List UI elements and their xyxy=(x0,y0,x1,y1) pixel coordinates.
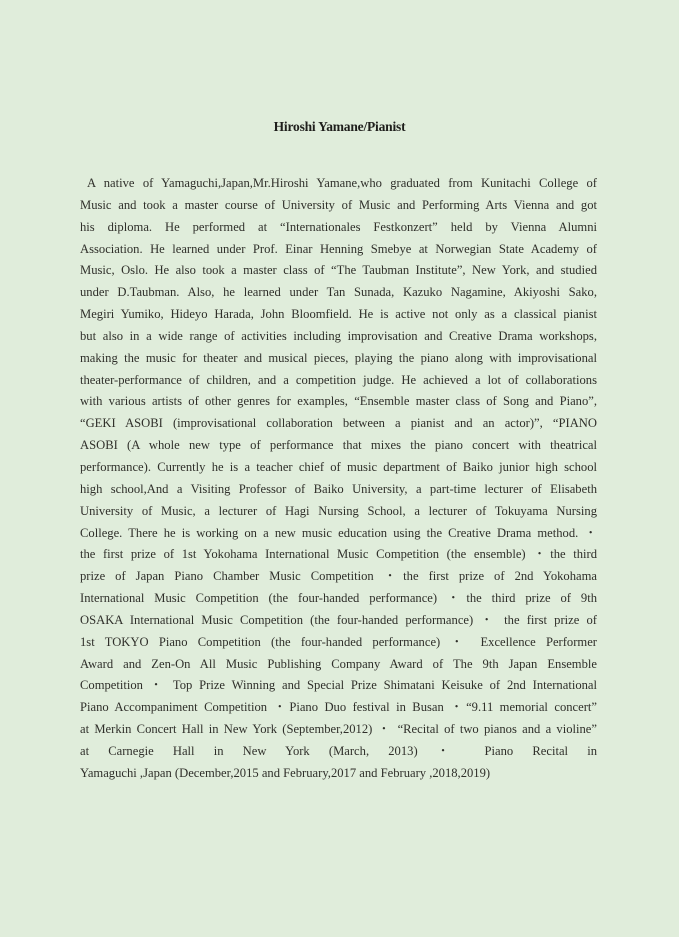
text-line: at Merkin Concert Hall in New York (Sept… xyxy=(80,719,597,741)
text-line: 1st TOKYO Piano Competition (the four-ha… xyxy=(80,632,597,654)
text-line: at Carnegie Hall in New York (March, 201… xyxy=(80,741,597,763)
text-line: ASOBI (A whole new type of performance t… xyxy=(80,435,597,457)
text-line: theater-performance of children, and a c… xyxy=(80,370,597,392)
text-line: Music, Oslo. He also took a master class… xyxy=(80,260,597,282)
text-line: with various artists of other genres for… xyxy=(80,391,597,413)
biography-paragraph: A native of Yamaguchi,Japan,Mr.Hiroshi Y… xyxy=(80,173,597,785)
text-line: International Music Competition (the fou… xyxy=(80,588,597,610)
text-line: OSAKA International Music Competition (t… xyxy=(80,610,597,632)
text-line: Yamaguchi ,Japan (December,2015 and Febr… xyxy=(80,763,597,785)
text-line: the first prize of 1st Yokohama Internat… xyxy=(80,544,597,566)
text-line: making the music for theater and musical… xyxy=(80,348,597,370)
text-line: Association. He learned under Prof. Eina… xyxy=(80,239,597,261)
text-line: Music and took a master course of Univer… xyxy=(80,195,597,217)
text-line: high school,And a Visiting Professor of … xyxy=(80,479,597,501)
text-line: but also in a wide range of activities i… xyxy=(80,326,597,348)
text-line: College. There he is working on a new mu… xyxy=(80,523,597,545)
text-line: Award and Zen-On All Music Publishing Co… xyxy=(80,654,597,676)
text-line: “GEKI ASOBI (improvisational collaborati… xyxy=(80,413,597,435)
text-line: Megiri Yumiko, Hideyo Harada, John Bloom… xyxy=(80,304,597,326)
text-line: A native of Yamaguchi,Japan,Mr.Hiroshi Y… xyxy=(80,173,597,195)
text-line: prize of Japan Piano Chamber Music Compe… xyxy=(80,566,597,588)
text-line: his diploma. He performed at “Internatio… xyxy=(80,217,597,239)
text-line: Competition ・ Top Prize Winning and Spec… xyxy=(80,675,597,697)
page-title: Hiroshi Yamane/Pianist xyxy=(0,119,679,135)
text-line: University of Music, a lecturer of Hagi … xyxy=(80,501,597,523)
text-line: Piano Accompaniment Competition ・Piano D… xyxy=(80,697,597,719)
document-page: Hiroshi Yamane/Pianist A native of Yamag… xyxy=(0,0,679,937)
text-line: under D.Taubman. Also, he learned under … xyxy=(80,282,597,304)
text-line: performance). Currently he is a teacher … xyxy=(80,457,597,479)
